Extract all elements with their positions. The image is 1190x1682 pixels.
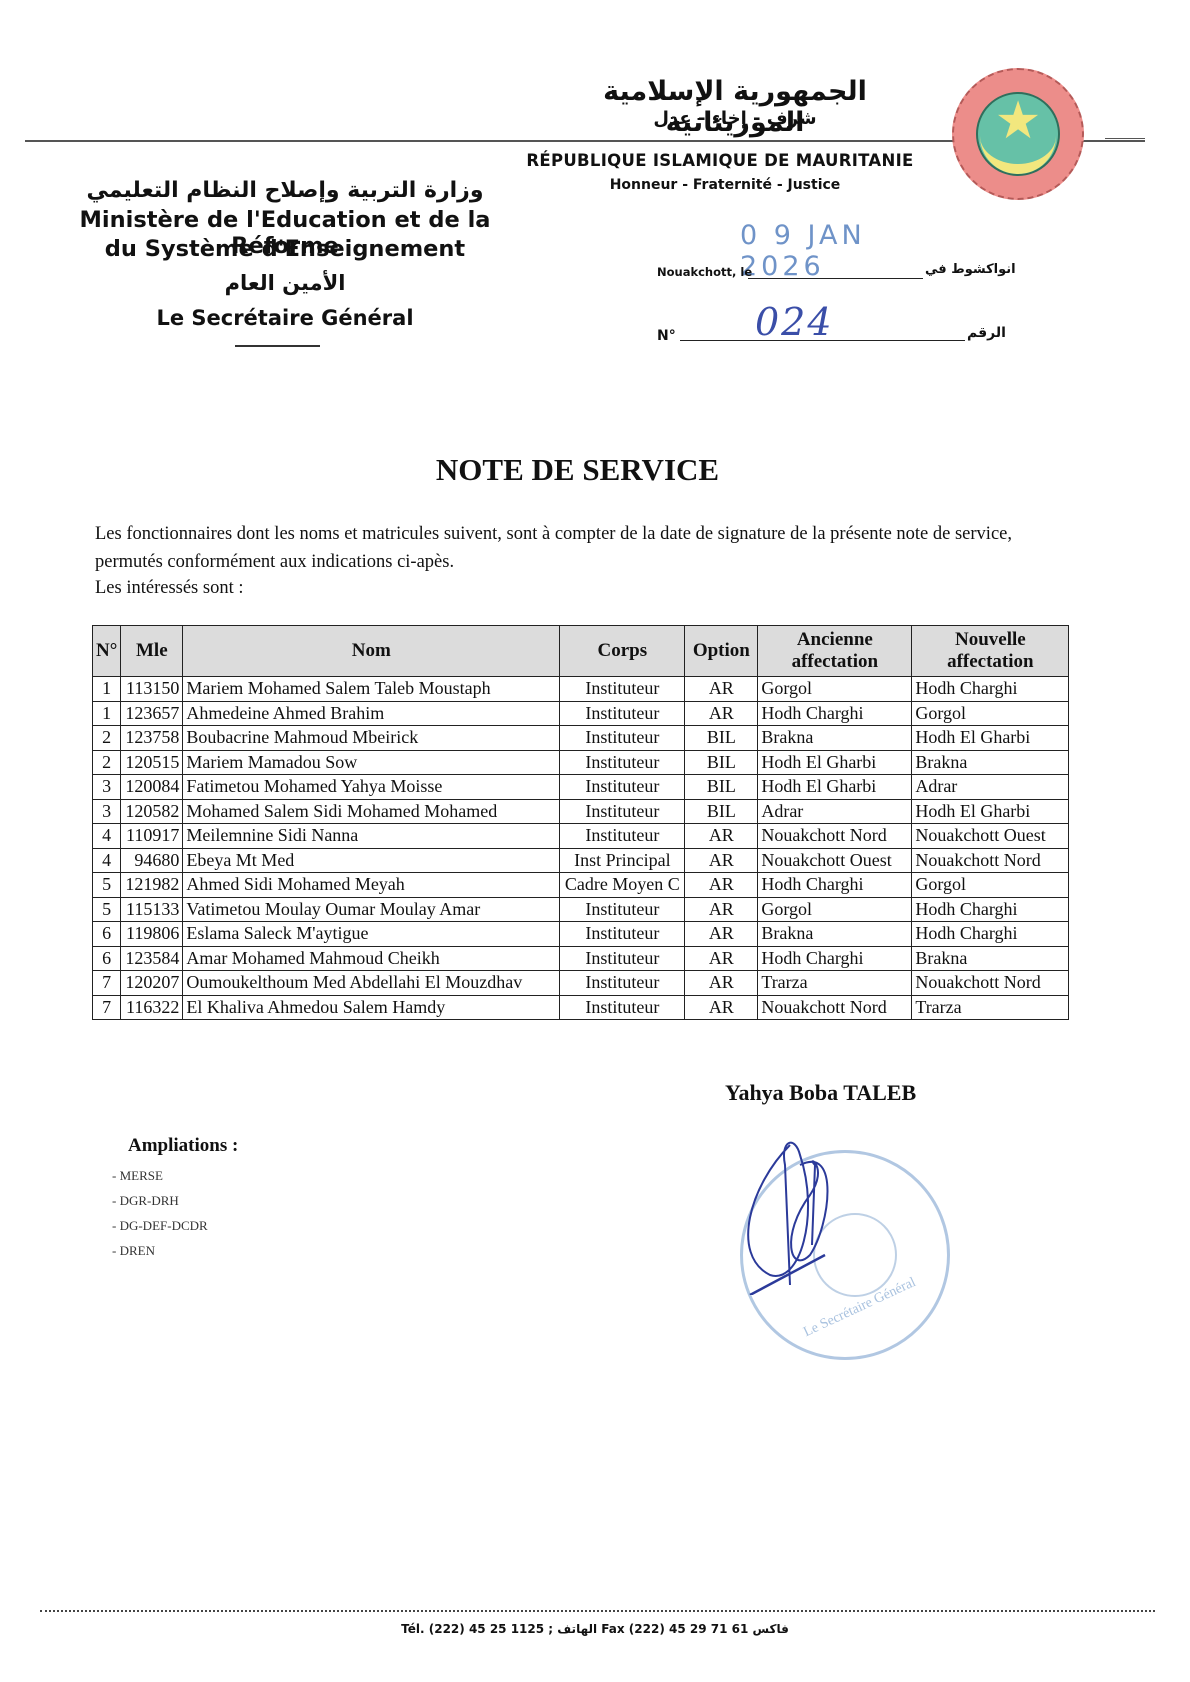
cell-option: BIL	[685, 799, 758, 824]
cell-nom: Oumoukelthoum Med Abdellahi El Mouzdhav	[183, 971, 560, 996]
cell-no: 2	[93, 750, 121, 775]
cell-nouvelle: Hodh Charghi	[912, 677, 1069, 702]
ampliations-list: - MERSE - DGR-DRH - DG-DEF-DCDR - DREN	[112, 1163, 208, 1263]
cell-option: AR	[685, 946, 758, 971]
cell-nouvelle: Gorgol	[912, 701, 1069, 726]
cell-option: AR	[685, 995, 758, 1020]
table-row: 7120207Oumoukelthoum Med Abdellahi El Mo…	[93, 971, 1069, 996]
place-label-ar: انواكشوط في	[925, 262, 1016, 277]
cell-option: AR	[685, 701, 758, 726]
cell-ancienne: Hodh El Gharbi	[758, 750, 912, 775]
cell-nouvelle: Adrar	[912, 775, 1069, 800]
table-row: 494680Ebeya Mt MedInst PrincipalARNouakc…	[93, 848, 1069, 873]
cell-ancienne: Hodh Charghi	[758, 946, 912, 971]
cell-nom: Mohamed Salem Sidi Mohamed Mohamed	[183, 799, 560, 824]
col-ancienne: Ancienneaffectation	[758, 626, 912, 677]
ampliation-item: - DREN	[112, 1238, 208, 1263]
cell-no: 4	[93, 824, 121, 849]
place-line	[748, 278, 923, 279]
cell-no: 6	[93, 922, 121, 947]
col-nom: Nom	[183, 626, 560, 677]
cell-option: AR	[685, 897, 758, 922]
cell-no: 7	[93, 971, 121, 996]
assignment-table: N° Mle Nom Corps Option Ancienneaffectat…	[92, 625, 1069, 1020]
cell-nouvelle: Trarza	[912, 995, 1069, 1020]
handwritten-signature-icon	[730, 1125, 910, 1295]
cell-option: AR	[685, 922, 758, 947]
ampliation-item: - DGR-DRH	[112, 1188, 208, 1213]
signatory-name: Yahya Boba TALEB	[725, 1080, 916, 1106]
cell-mle: 113150	[121, 677, 183, 702]
col-no: N°	[93, 626, 121, 677]
crescent-icon	[980, 124, 1056, 174]
reference-number: 024	[755, 300, 834, 344]
header-rule-right	[1105, 138, 1145, 139]
cell-nom: Boubacrine Mahmoud Mbeirick	[183, 726, 560, 751]
table-row: 5121982Ahmed Sidi Mohamed MeyahCadre Moy…	[93, 873, 1069, 898]
document-title: NOTE DE SERVICE	[0, 452, 1155, 488]
cell-nom: Eslama Saleck M'aytigue	[183, 922, 560, 947]
cell-no: 2	[93, 726, 121, 751]
cell-ancienne: Hodh Charghi	[758, 701, 912, 726]
motto-ar: شرف - إخاء - عدل	[610, 108, 860, 129]
cell-option: AR	[685, 848, 758, 873]
cell-mle: 123584	[121, 946, 183, 971]
intro-line-2: Les intéressés sont :	[95, 578, 244, 599]
cell-no: 1	[93, 701, 121, 726]
cell-mle: 120207	[121, 971, 183, 996]
cell-nouvelle: Hodh Charghi	[912, 922, 1069, 947]
cell-no: 1	[93, 677, 121, 702]
table-row: 1123657Ahmedeine Ahmed BrahimInstituteur…	[93, 701, 1069, 726]
cell-no: 3	[93, 799, 121, 824]
cell-nouvelle: Gorgol	[912, 873, 1069, 898]
number-label: N°	[657, 328, 676, 344]
place-label: Nouakchott, le	[657, 265, 752, 279]
cell-nouvelle: Nouakchott Nord	[912, 848, 1069, 873]
cell-no: 4	[93, 848, 121, 873]
cell-corps: Instituteur	[560, 677, 685, 702]
cell-option: BIL	[685, 775, 758, 800]
cell-corps: Cadre Moyen C	[560, 873, 685, 898]
table-body: 1113150Mariem Mohamed Salem Taleb Mousta…	[93, 677, 1069, 1020]
cell-nom: Mariem Mamadou Sow	[183, 750, 560, 775]
cell-no: 7	[93, 995, 121, 1020]
cell-no: 3	[93, 775, 121, 800]
cell-ancienne: Gorgol	[758, 897, 912, 922]
col-nouvelle-line1: Nouvelle	[955, 629, 1026, 650]
cell-corps: Instituteur	[560, 824, 685, 849]
cell-ancienne: Brakna	[758, 922, 912, 947]
cell-corps: Instituteur	[560, 897, 685, 922]
col-ancienne-line2: affectation	[792, 651, 879, 672]
republic-name-fr: RÉPUBLIQUE ISLAMIQUE DE MAURITANIE	[520, 151, 920, 170]
cell-nouvelle: Nouakchott Ouest	[912, 824, 1069, 849]
table-row: 6119806Eslama Saleck M'aytigueInstituteu…	[93, 922, 1069, 947]
cell-option: AR	[685, 873, 758, 898]
cell-ancienne: Trarza	[758, 971, 912, 996]
cell-ancienne: Nouakchott Nord	[758, 995, 912, 1020]
cell-mle: 116322	[121, 995, 183, 1020]
cell-nouvelle: Hodh El Gharbi	[912, 726, 1069, 751]
cell-mle: 120582	[121, 799, 183, 824]
cell-corps: Instituteur	[560, 799, 685, 824]
cell-ancienne: Hodh El Gharbi	[758, 775, 912, 800]
cell-no: 5	[93, 897, 121, 922]
cell-nouvelle: Hodh Charghi	[912, 897, 1069, 922]
cell-mle: 94680	[121, 848, 183, 873]
cell-nom: Fatimetou Mohamed Yahya Moisse	[183, 775, 560, 800]
table-row: 2123758Boubacrine Mahmoud MbeirickInstit…	[93, 726, 1069, 751]
cell-ancienne: Brakna	[758, 726, 912, 751]
col-nouvelle: Nouvelleaffectation	[912, 626, 1069, 677]
cell-no: 6	[93, 946, 121, 971]
col-nouvelle-line2: affectation	[947, 651, 1034, 672]
cell-ancienne: Gorgol	[758, 677, 912, 702]
cell-corps: Inst Principal	[560, 848, 685, 873]
cell-nouvelle: Brakna	[912, 946, 1069, 971]
cell-corps: Instituteur	[560, 750, 685, 775]
ampliation-item: - DG-DEF-DCDR	[112, 1213, 208, 1238]
table-header-row: N° Mle Nom Corps Option Ancienneaffectat…	[93, 626, 1069, 677]
cell-ancienne: Adrar	[758, 799, 912, 824]
cell-option: BIL	[685, 726, 758, 751]
ampliation-item: - MERSE	[112, 1163, 208, 1188]
table-row: 1113150Mariem Mohamed Salem Taleb Mousta…	[93, 677, 1069, 702]
cell-nouvelle: Hodh El Gharbi	[912, 799, 1069, 824]
col-mle: Mle	[121, 626, 183, 677]
cell-corps: Instituteur	[560, 701, 685, 726]
cell-option: BIL	[685, 750, 758, 775]
cell-corps: Instituteur	[560, 775, 685, 800]
cell-corps: Instituteur	[560, 971, 685, 996]
col-ancienne-line1: Ancienne	[797, 629, 873, 650]
seal-emblem: ★	[976, 92, 1060, 176]
table-row: 3120582Mohamed Salem Sidi Mohamed Mohame…	[93, 799, 1069, 824]
cell-nouvelle: Nouakchott Nord	[912, 971, 1069, 996]
office-fr: Le Secrétaire Général	[130, 306, 440, 330]
cell-corps: Instituteur	[560, 995, 685, 1020]
col-option: Option	[685, 626, 758, 677]
number-label-ar: الرقم	[967, 325, 1006, 341]
intro-paragraph: Les fonctionnaires dont les noms et matr…	[95, 520, 1055, 576]
cell-nouvelle: Brakna	[912, 750, 1069, 775]
cell-mle: 123657	[121, 701, 183, 726]
ampliations-title: Ampliations :	[128, 1135, 238, 1157]
cell-nom: Vatimetou Moulay Oumar Moulay Amar	[183, 897, 560, 922]
cell-ancienne: Hodh Charghi	[758, 873, 912, 898]
cell-nom: El Khaliva Ahmedou Salem Hamdy	[183, 995, 560, 1020]
cell-nom: Ebeya Mt Med	[183, 848, 560, 873]
col-corps: Corps	[560, 626, 685, 677]
cell-nom: Amar Mohamed Mahmoud Cheikh	[183, 946, 560, 971]
cell-nom: Mariem Mohamed Salem Taleb Moustaph	[183, 677, 560, 702]
cell-nom: Meilemnine Sidi Nanna	[183, 824, 560, 849]
cell-option: AR	[685, 971, 758, 996]
table-row: 7116322El Khaliva Ahmedou Salem HamdyIns…	[93, 995, 1069, 1020]
cell-no: 5	[93, 873, 121, 898]
cell-nom: Ahmed Sidi Mohamed Meyah	[183, 873, 560, 898]
cell-ancienne: Nouakchott Nord	[758, 824, 912, 849]
motto-fr: Honneur - Fraternité - Justice	[560, 177, 890, 193]
footer-contact: Tél. (222) 45 25 1125 ; الهاتف Fax (222)…	[0, 1622, 1190, 1636]
table-row: 6123584Amar Mohamed Mahmoud CheikhInstit…	[93, 946, 1069, 971]
table-row: 2120515Mariem Mamadou SowInstituteurBILH…	[93, 750, 1069, 775]
office-ar: الأمين العام	[160, 271, 410, 295]
cell-corps: Instituteur	[560, 946, 685, 971]
table-row: 3120084Fatimetou Mohamed Yahya MoisseIns…	[93, 775, 1069, 800]
cell-mle: 110917	[121, 824, 183, 849]
ministry-name-fr-line2: du Système d'Enseignement	[60, 236, 510, 262]
cell-mle: 120084	[121, 775, 183, 800]
cell-mle: 120515	[121, 750, 183, 775]
table-row: 4110917Meilemnine Sidi NannaInstituteurA…	[93, 824, 1069, 849]
cell-option: AR	[685, 824, 758, 849]
cell-mle: 115133	[121, 897, 183, 922]
table-row: 5115133Vatimetou Moulay Oumar Moulay Ama…	[93, 897, 1069, 922]
cell-option: AR	[685, 677, 758, 702]
cell-nom: Ahmedeine Ahmed Brahim	[183, 701, 560, 726]
ministry-name-ar: وزارة التربية وإصلاح النظام التعليمي	[60, 178, 510, 203]
cell-mle: 123758	[121, 726, 183, 751]
office-underline	[235, 345, 320, 347]
date-stamp: 0 9 JAN 2026	[740, 220, 940, 282]
cell-corps: Instituteur	[560, 922, 685, 947]
cell-mle: 119806	[121, 922, 183, 947]
national-seal-icon: ★	[952, 68, 1084, 200]
footer-rule	[40, 1610, 1155, 1612]
number-line	[680, 340, 965, 341]
cell-corps: Instituteur	[560, 726, 685, 751]
cell-mle: 121982	[121, 873, 183, 898]
cell-ancienne: Nouakchott Ouest	[758, 848, 912, 873]
